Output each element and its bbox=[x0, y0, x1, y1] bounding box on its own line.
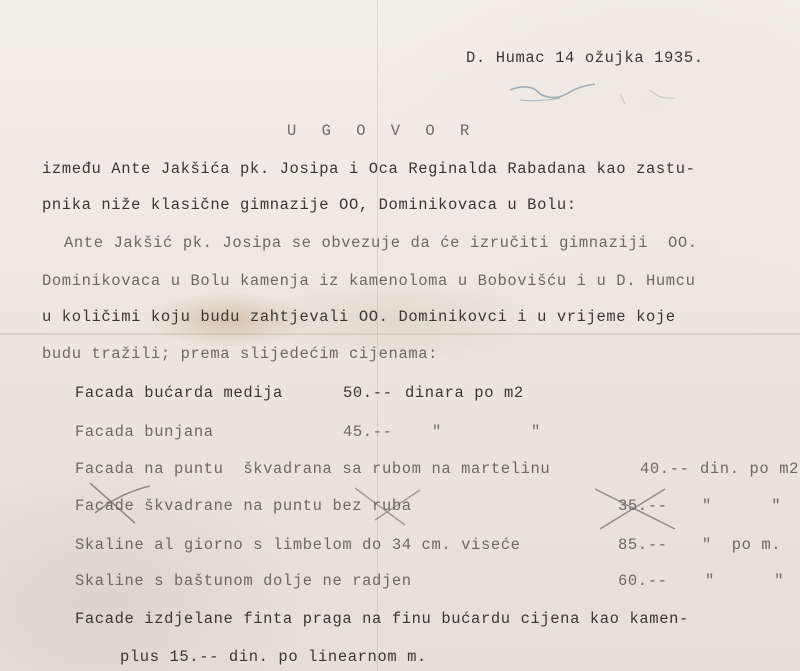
body-line-4: budu tražili; prema slijedećim cijenama: bbox=[42, 345, 438, 363]
pencil-cross-mark bbox=[80, 478, 160, 528]
price-item-unit: " " bbox=[705, 572, 784, 590]
price-item-price: 85.-- bbox=[618, 536, 668, 554]
closing-line-1: Facade izdjelane finta praga na finu buć… bbox=[75, 610, 689, 628]
body-line-2: Dominikovaca u Bolu kamenja iz kamenolom… bbox=[42, 272, 696, 290]
date-line: D. Humac 14 ožujka 1935. bbox=[466, 49, 704, 67]
body-line-1: Ante Jakšić pk. Josipa se obvezuje da će… bbox=[64, 234, 698, 252]
paper-fold-horizontal bbox=[0, 333, 800, 335]
pencil-cross-mark bbox=[590, 484, 680, 534]
price-item-unit: dinara po m2 bbox=[405, 384, 524, 402]
price-item-description: Facada na puntu škvadrana sa rubom na ma… bbox=[75, 460, 550, 478]
price-item-price: 50.-- bbox=[343, 384, 393, 402]
price-item-unit: " " bbox=[432, 423, 541, 441]
intro-line-1: između Ante Jakšića pk. Josipa i Oca Reg… bbox=[42, 160, 696, 178]
price-item-unit: " " bbox=[702, 497, 781, 515]
price-item-description: Facada bunjana bbox=[75, 423, 214, 441]
price-item-description: Skaline s baštunom dolje ne radjen bbox=[75, 572, 412, 590]
price-item-price: 40.-- bbox=[640, 460, 690, 478]
handwritten-signature-mark bbox=[500, 72, 700, 112]
price-item-description: Skaline al giorno s limbelom do 34 cm. v… bbox=[75, 536, 521, 554]
price-item-price: 60.-- bbox=[618, 572, 668, 590]
price-item-description: Facada bućarda medija bbox=[75, 384, 283, 402]
body-line-3: u količimi koju budu zahtjevali OO. Domi… bbox=[42, 308, 676, 326]
pencil-cross-mark bbox=[350, 480, 430, 530]
closing-line-2: plus 15.-- din. po linearnom m. bbox=[120, 648, 427, 666]
paper-fold-vertical bbox=[377, 0, 378, 671]
price-item-unit: din. po m2 bbox=[700, 460, 799, 478]
price-item-unit: " po m. bbox=[702, 536, 781, 554]
document-title: U G O V O R bbox=[287, 122, 477, 140]
intro-line-2: pnika niže klasične gimnazije OO, Domini… bbox=[42, 196, 577, 214]
scanned-contract-page: D. Humac 14 ožujka 1935. U G O V O R izm… bbox=[0, 0, 800, 671]
price-item-price: 45.-- bbox=[343, 423, 393, 441]
